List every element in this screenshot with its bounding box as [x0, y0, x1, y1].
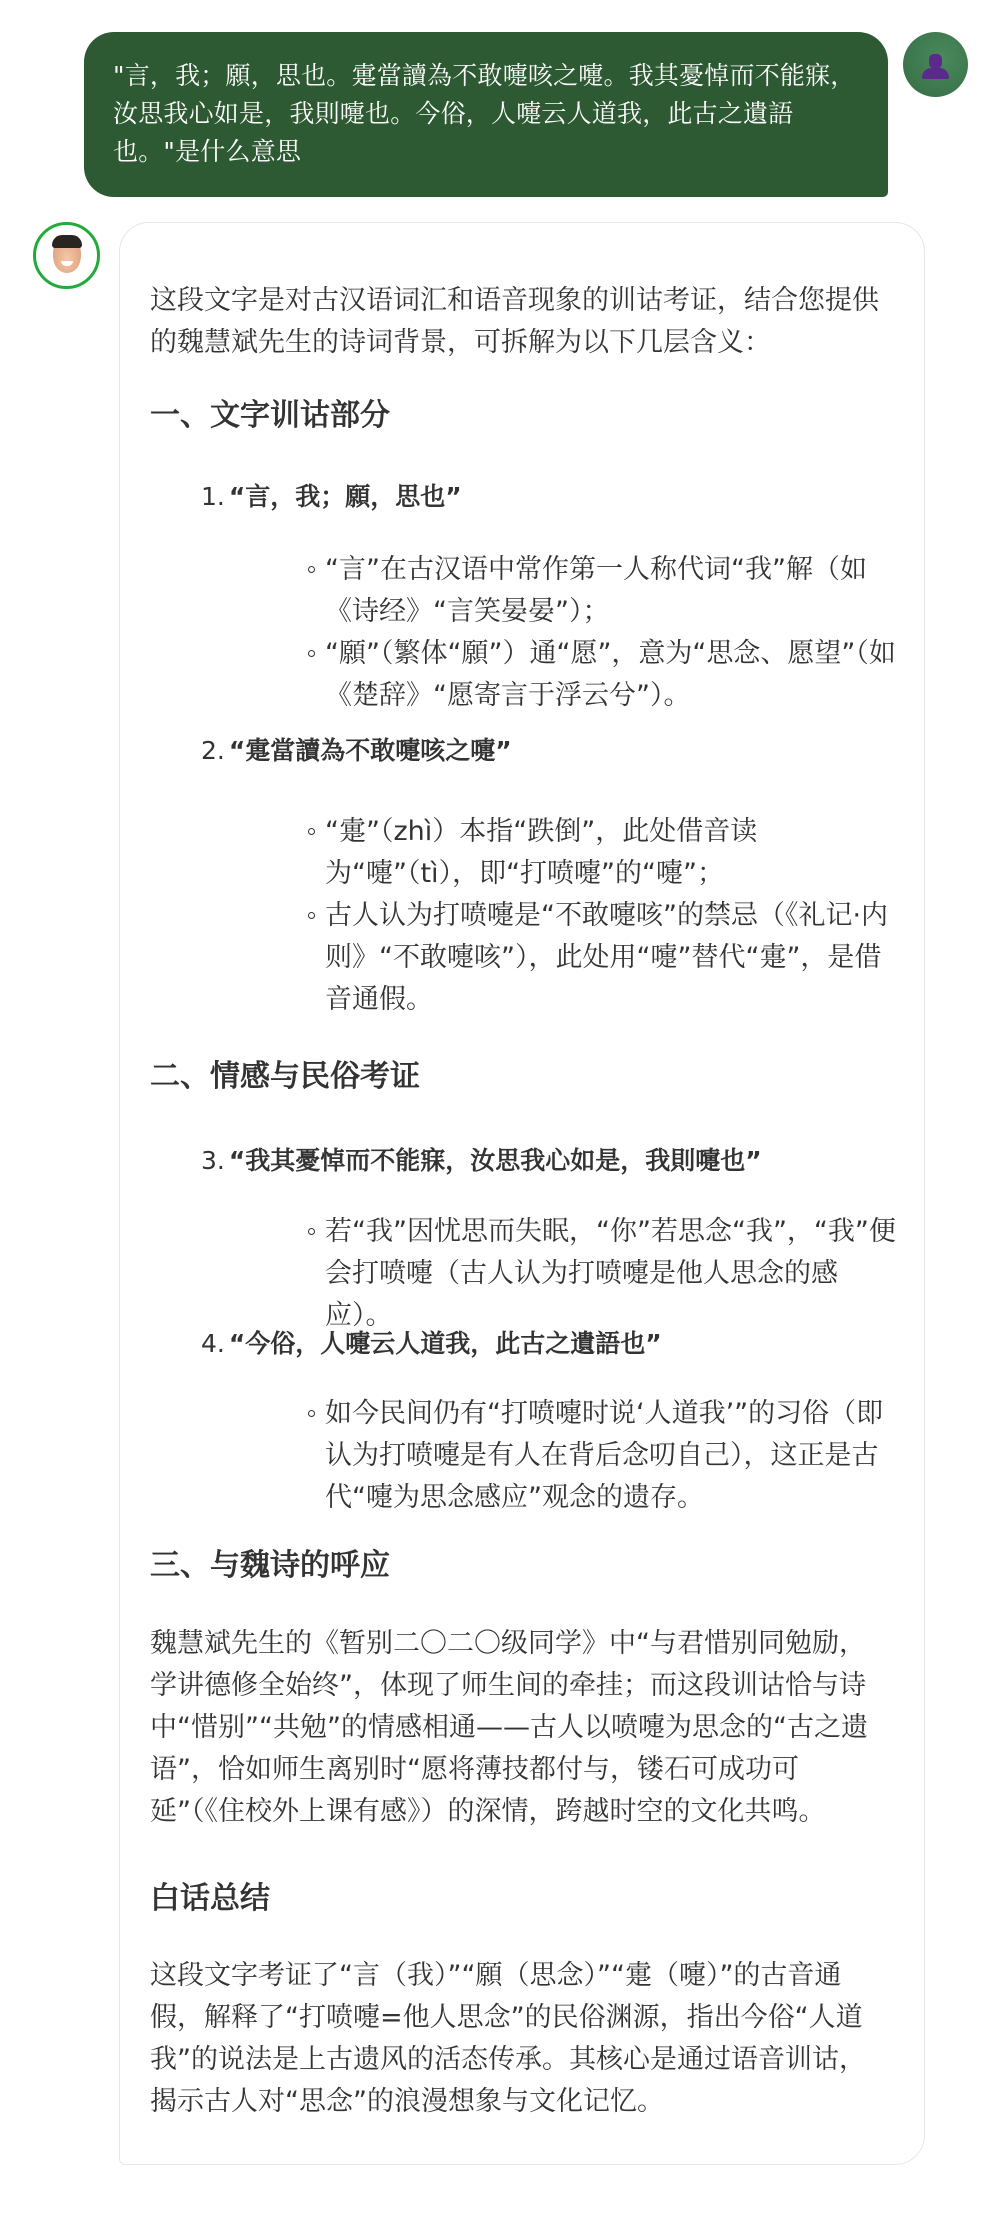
hollow-bullet-icon	[308, 1410, 315, 1417]
hollow-bullet-icon	[308, 1228, 315, 1235]
bullet-list-3: 若“我”因忧思而失眠，“你”若思念“我”，“我”便会打喷嚏（古人认为打喷嚏是他人…	[308, 1211, 898, 1337]
bullet-text: “言”在古汉语中常作第一人称代词“我”解（如《诗经》“言笑晏晏”）；	[325, 554, 867, 627]
item-number: 1.	[201, 482, 225, 511]
summary-paragraph: 这段文字考证了“言（我）”“願（思念）”“疐（嚏）”的古音通假，解释了“打喷嚏=…	[150, 1955, 890, 2123]
summary-heading: 白话总结	[150, 1879, 270, 1919]
bullet-text: 古人认为打喷嚏是“不敢嚏咳”的禁忌（《礼记·内则》“不敢嚏咳”），此处用“嚏”替…	[325, 900, 888, 1015]
list-item: “願”（繁体“願”）通“愿”，意为“思念、愿望”（如《楚辞》“愿寄言于浮云兮”）…	[308, 633, 898, 717]
person-head-shape	[929, 54, 942, 69]
item-title: “疐當讀為不敢嚏咳之嚏”	[229, 736, 512, 765]
hollow-bullet-icon	[308, 566, 315, 573]
hollow-bullet-icon	[308, 912, 315, 919]
bullet-list-1: “言”在古汉语中常作第一人称代词“我”解（如《诗经》“言笑晏晏”）； “願”（繁…	[308, 549, 898, 717]
numbered-item-4: 4.“今俗，人嚏云人道我，此古之遺語也”	[201, 1325, 662, 1363]
list-item: 若“我”因忧思而失眠，“你”若思念“我”，“我”便会打喷嚏（古人认为打喷嚏是他人…	[308, 1211, 898, 1337]
section-heading-1: 一、文字训诂部分	[150, 396, 390, 436]
bullet-text: “願”（繁体“願”）通“愿”，意为“思念、愿望”（如《楚辞》“愿寄言于浮云兮”）…	[325, 638, 896, 711]
person-body-shape	[922, 68, 949, 79]
item-number: 2.	[201, 736, 225, 765]
item-title: “我其憂悼而不能寐，汝思我心如是，我則嚏也”	[229, 1146, 762, 1175]
list-item: “疐”（zhì）本指“跌倒”，此处借音读为“嚏”（tì），即“打喷嚏”的“嚏”；	[308, 811, 898, 895]
list-item: “言”在古汉语中常作第一人称代词“我”解（如《诗经》“言笑晏晏”）；	[308, 549, 898, 633]
numbered-item-2: 2.“疐當讀為不敢嚏咳之嚏”	[201, 732, 512, 770]
assistant-avatar[interactable]	[33, 222, 100, 289]
item-title: “今俗，人嚏云人道我，此古之遺語也”	[229, 1329, 662, 1358]
section-heading-2: 二、情感与民俗考证	[150, 1057, 420, 1097]
item-title: “言，我；願，思也”	[229, 482, 462, 511]
hollow-bullet-icon	[308, 828, 315, 835]
numbered-item-1: 1.“言，我；願，思也”	[201, 478, 462, 516]
user-message-text: "言，我；願，思也。疐當讀為不敢嚏咳之嚏。我其憂悼而不能寐，汝思我心如是，我則嚏…	[113, 61, 856, 166]
user-message-bubble: "言，我；願，思也。疐當讀為不敢嚏咳之嚏。我其憂悼而不能寐，汝思我心如是，我則嚏…	[84, 32, 888, 197]
bullet-text: 若“我”因忧思而失眠，“你”若思念“我”，“我”便会打喷嚏（古人认为打喷嚏是他人…	[325, 1216, 896, 1331]
hollow-bullet-icon	[308, 650, 315, 657]
section-heading-3: 三、与魏诗的呼应	[150, 1546, 390, 1586]
bullet-text: “疐”（zhì）本指“跌倒”，此处借音读为“嚏”（tì），即“打喷嚏”的“嚏”；	[325, 816, 757, 889]
section-3-paragraph: 魏慧斌先生的《暂别二〇二〇级同学》中“与君惜别同勉励，学讲德修全始终”，体现了师…	[150, 1623, 890, 1833]
numbered-item-3: 3.“我其憂悼而不能寐，汝思我心如是，我則嚏也”	[201, 1142, 762, 1180]
intro-paragraph: 这段文字是对古汉语词汇和语音现象的训诂考证，结合您提供的魏慧斌先生的诗词背景，可…	[150, 280, 890, 364]
item-number: 3.	[201, 1146, 225, 1175]
assistant-answer-card: 这段文字是对古汉语词汇和语音现象的训诂考证，结合您提供的魏慧斌先生的诗词背景，可…	[119, 222, 925, 2165]
bullet-list-2: “疐”（zhì）本指“跌倒”，此处借音读为“嚏”（tì），即“打喷嚏”的“嚏”；…	[308, 811, 898, 1021]
avatar-hair-shape	[52, 235, 82, 248]
bullet-list-4: 如今民间仍有“打喷嚏时说‘人道我’”的习俗（即认为打喷嚏是有人在背后念叨自己），…	[308, 1393, 898, 1519]
user-avatar-icon[interactable]	[903, 32, 968, 97]
list-item: 如今民间仍有“打喷嚏时说‘人道我’”的习俗（即认为打喷嚏是有人在背后念叨自己），…	[308, 1393, 898, 1519]
bullet-text: 如今民间仍有“打喷嚏时说‘人道我’”的习俗（即认为打喷嚏是有人在背后念叨自己），…	[325, 1398, 883, 1513]
list-item: 古人认为打喷嚏是“不敢嚏咳”的禁忌（《礼记·内则》“不敢嚏咳”），此处用“嚏”替…	[308, 895, 898, 1021]
item-number: 4.	[201, 1329, 225, 1358]
